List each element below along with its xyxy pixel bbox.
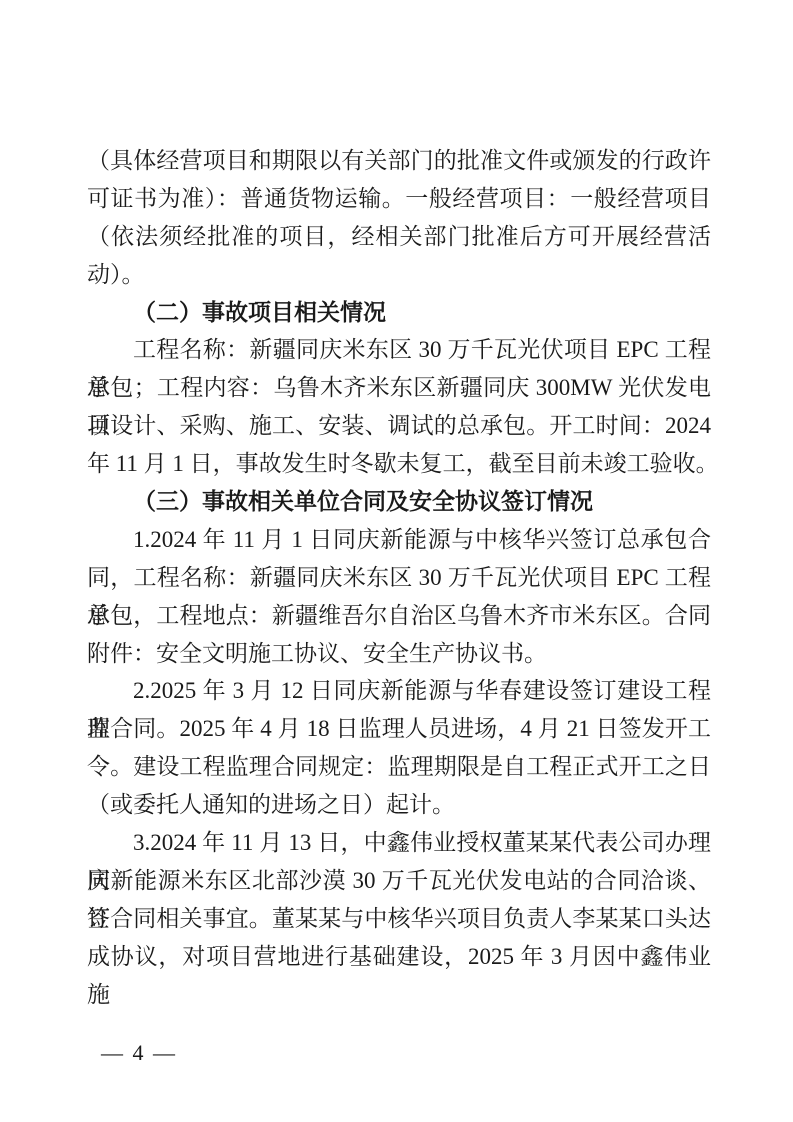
para1-line-1: （具体经营项目和期限以有关部门的批准文件或颁发的行政许 <box>87 142 711 180</box>
para5-line-2: 庆新能源米东区北部沙漠 30 万千瓦光伏发电站的合同洽谈、签 <box>87 862 711 900</box>
para1-line-4: 动）。 <box>87 256 711 294</box>
para5-line-1: 3.2024 年 11 月 13 日，中鑫伟业授权董某某代表公司办理同 <box>87 824 711 862</box>
section-heading-2: （二）事故项目相关情况 <box>87 294 711 332</box>
para2-line-4: 年 11 月 1 日，事故发生时冬歇未复工，截至目前未竣工验收。 <box>87 445 711 483</box>
para4-line-3: 令。建设工程监理合同规定：监理期限是自工程正式开工之日 <box>87 748 711 786</box>
para2-line-1: 工程名称：新疆同庆米东区 30 万千瓦光伏项目 EPC 工程总 <box>87 331 711 369</box>
para3-line-4: 附件：安全文明施工协议、安全生产协议书。 <box>87 635 711 673</box>
section-heading-3: （三）事故相关单位合同及安全协议签订情况 <box>87 483 711 521</box>
document-page: （具体经营项目和期限以有关部门的批准文件或颁发的行政许可证书为准）：普通货物运输… <box>0 0 793 1122</box>
para1-line-3: （依法须经批准的项目，经相关部门批准后方可开展经营活 <box>87 218 711 256</box>
para5-line-3: 订合同相关事宜。董某某与中核华兴项目负责人李某某口头达 <box>87 900 711 938</box>
para3-line-3: 承包，工程地点：新疆维吾尔自治区乌鲁木齐市米东区。合同 <box>87 597 711 635</box>
para1-line-2: 可证书为准）：普通货物运输。一般经营项目：一般经营项目 <box>87 180 711 218</box>
para2-line-3: 目设计、采购、施工、安装、调试的总承包。开工时间：2024 <box>87 407 711 445</box>
para4-line-4: （或委托人通知的进场之日）起计。 <box>87 786 711 824</box>
para4-line-1: 2.2025 年 3 月 12 日同庆新能源与华春建设签订建设工程监 <box>87 672 711 710</box>
page-number: — 4 — <box>101 1038 177 1068</box>
para2-line-2: 承包；工程内容：乌鲁木齐米东区新疆同庆 300MW 光伏发电项 <box>87 369 711 407</box>
para4-line-2: 理合同。2025 年 4 月 18 日监理人员进场，4 月 21 日签发开工 <box>87 710 711 748</box>
para3-line-1: 1.2024 年 11 月 1 日同庆新能源与中核华兴签订总承包合 <box>87 521 711 559</box>
para3-line-2: 同，工程名称：新疆同庆米东区 30 万千瓦光伏项目 EPC 工程总 <box>87 559 711 597</box>
para5-line-4: 成协议，对项目营地进行基础建设，2025 年 3 月因中鑫伟业施 <box>87 938 711 976</box>
document-body: （具体经营项目和期限以有关部门的批准文件或颁发的行政许可证书为准）：普通货物运输… <box>87 142 711 976</box>
